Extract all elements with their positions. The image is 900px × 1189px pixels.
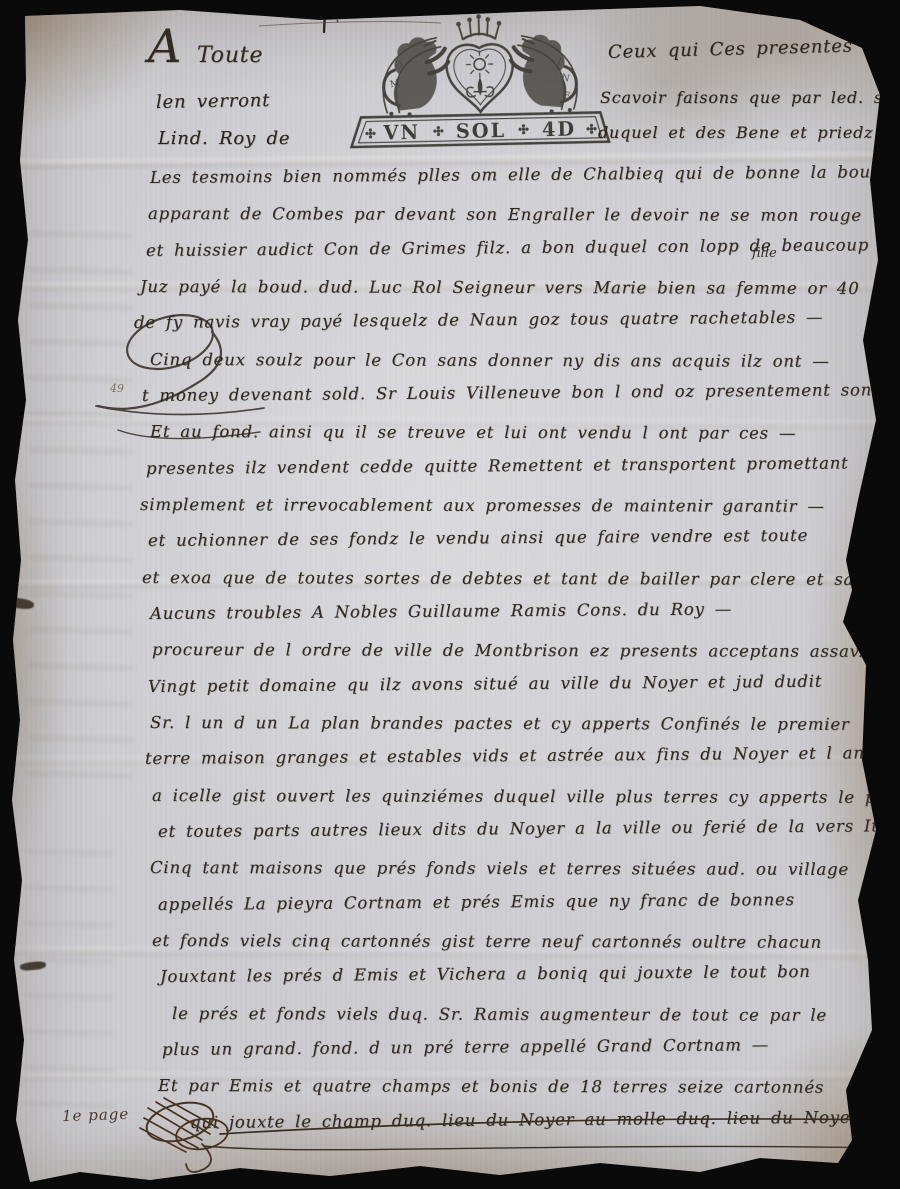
manuscript-photo: O M I N E VN SOL 4D A Toute len verront … — [0, 0, 900, 1189]
edge-shadow — [0, 0, 900, 1189]
paper-sheet: O M I N E VN SOL 4D A Toute len verront … — [0, 0, 900, 1189]
